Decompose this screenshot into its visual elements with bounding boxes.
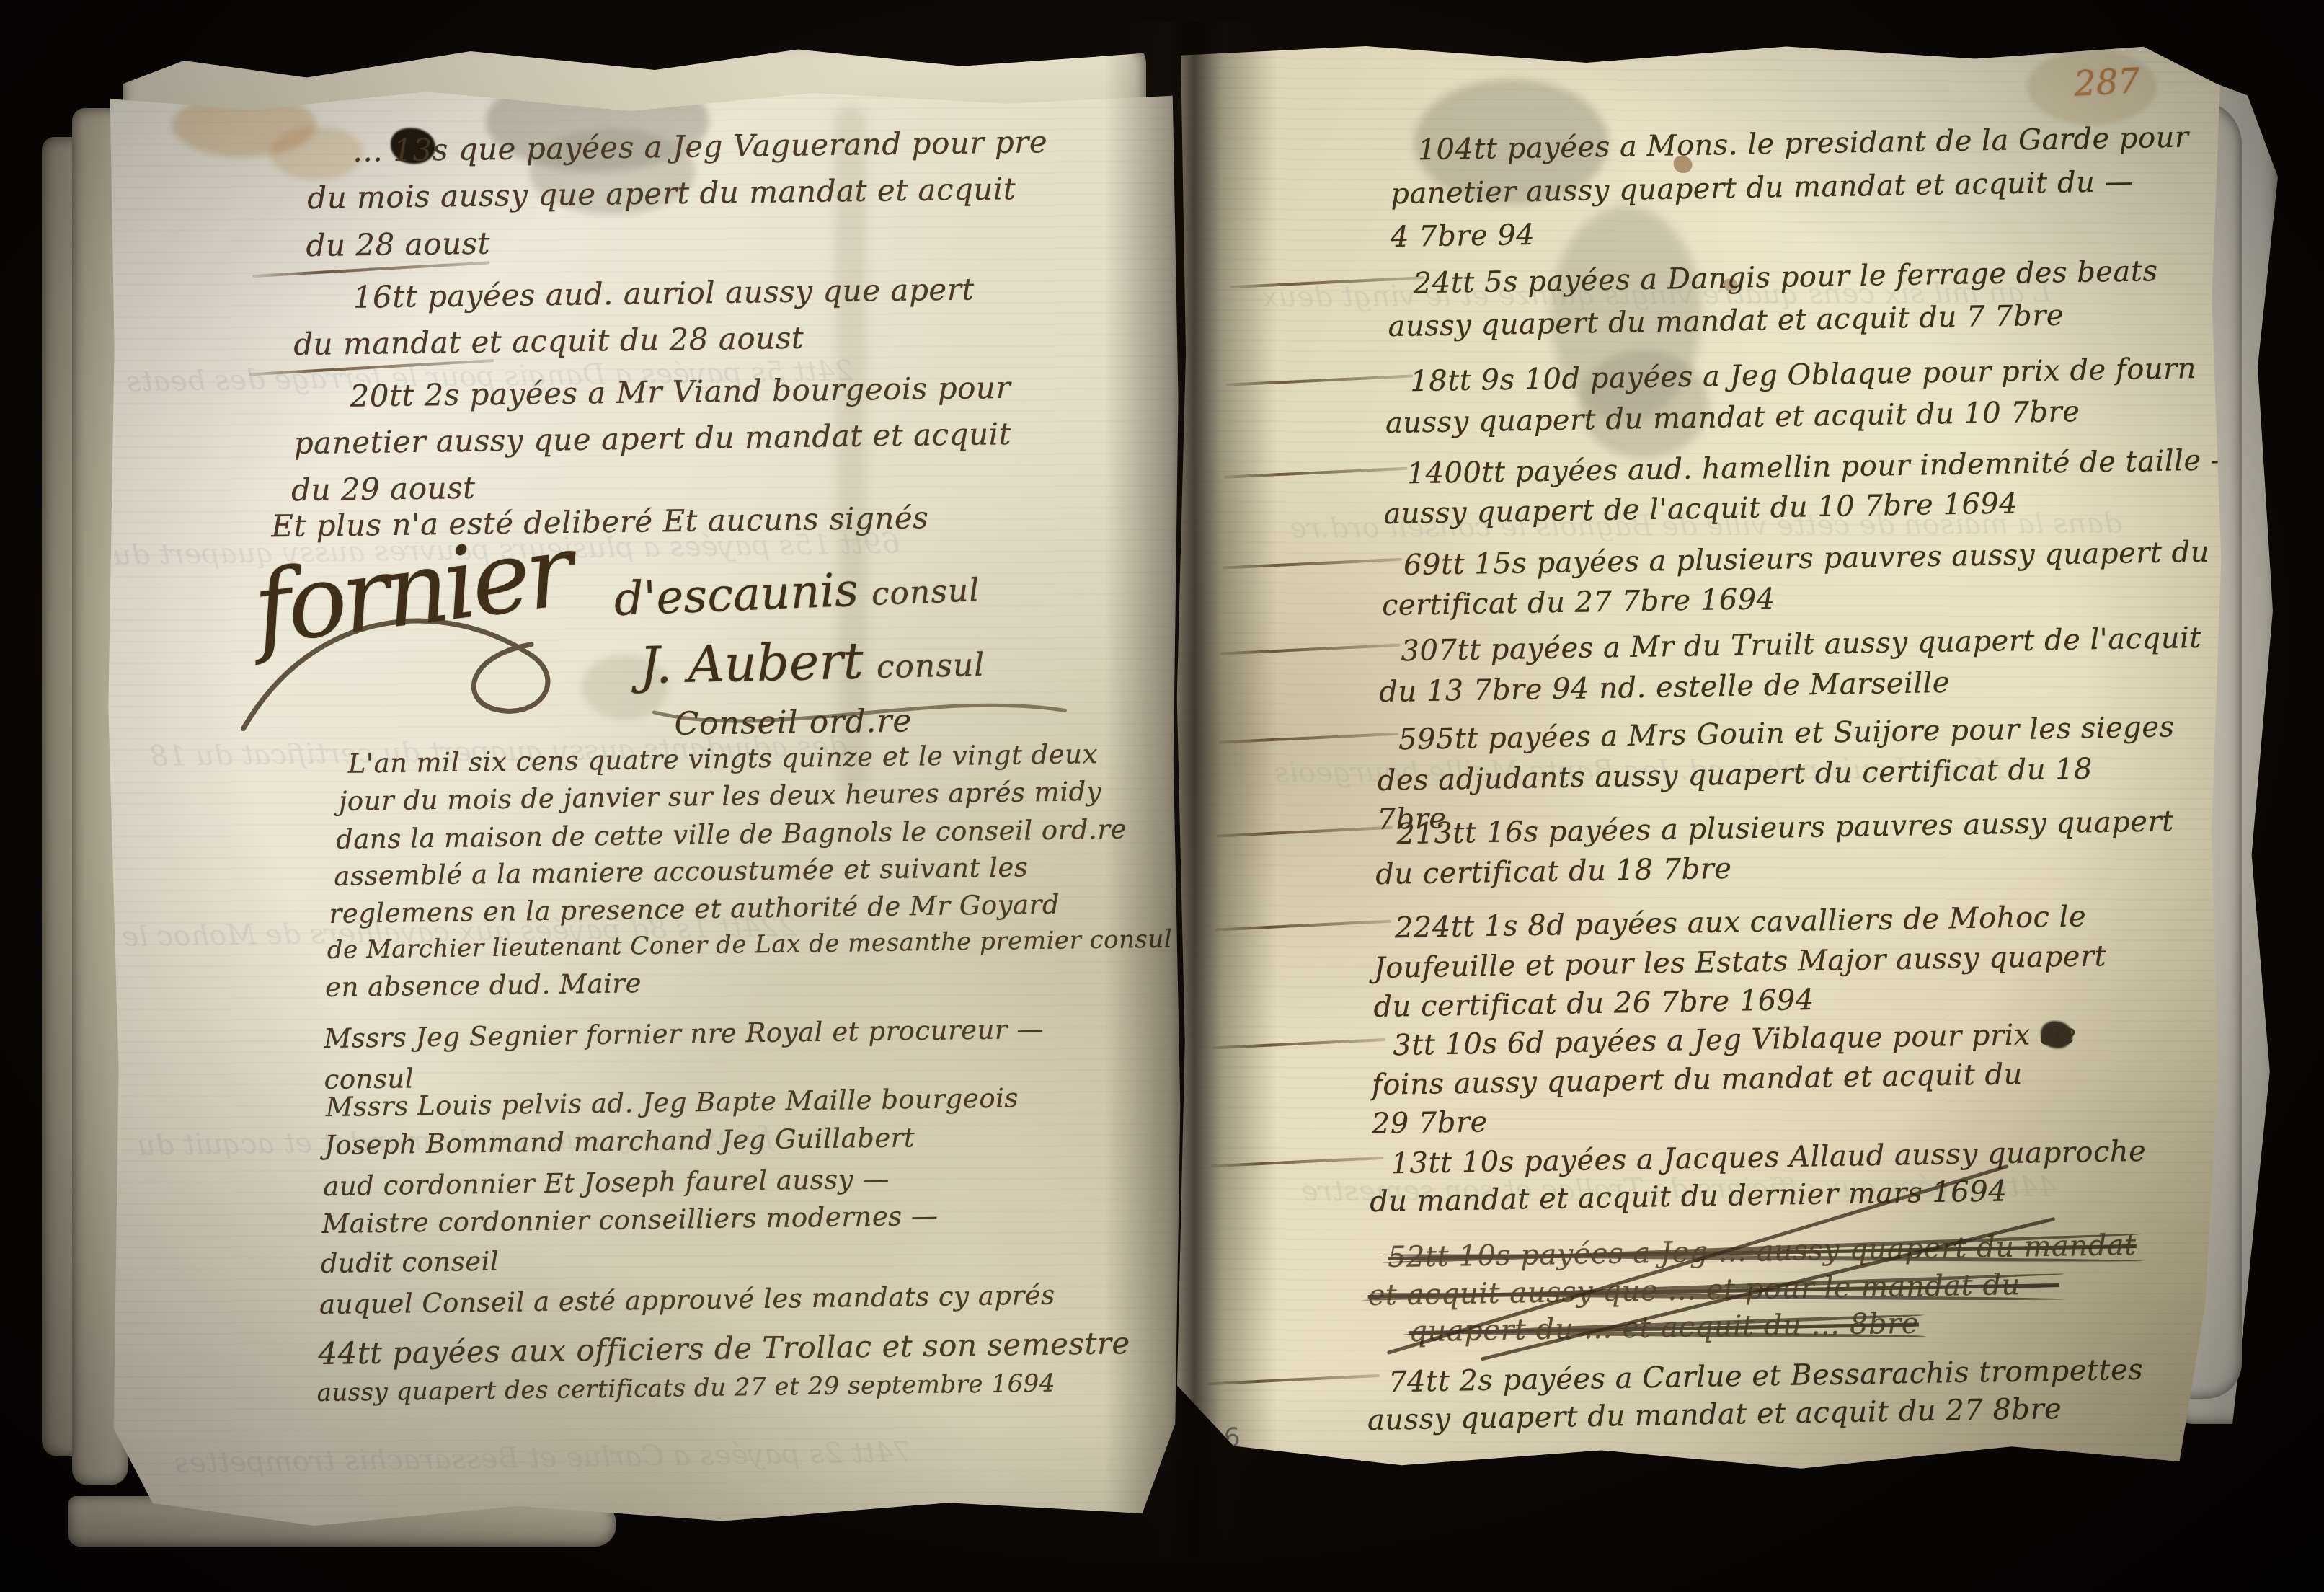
- struck-manuscript-line: et acquit aussy que … et pour le mandat …: [1367, 1268, 2059, 1312]
- entry-separator-line: [1225, 374, 1413, 386]
- manuscript-line: 224tt 1s 8d payées aux cavalliers de Moh…: [1395, 900, 2087, 945]
- manuscript-line: du certificat du 26 7bre 1694: [1373, 983, 1814, 1024]
- rust-stain: [270, 126, 363, 181]
- manuscript-line: 595tt payées a Mrs Gouin et Suijore pour…: [1398, 710, 2175, 756]
- manuscript-line: panetier aussy que apert du mandat et ac…: [293, 416, 1011, 461]
- manuscript-line: 213tt 16s payées a plusieurs pauvres aus…: [1396, 805, 2174, 851]
- manuscript-line: 1400tt payées aud. hamellin pour indemni…: [1406, 443, 2240, 490]
- manuscript-line: 104tt payées a Mons. le presidant de la …: [1417, 121, 2189, 167]
- signature-title: consul: [871, 572, 980, 613]
- signature-title: consul: [876, 647, 985, 686]
- manuscript-line: panetier aussy quapert du mandat et acqu…: [1391, 165, 2134, 211]
- signature-name: J. Aubert: [639, 631, 864, 695]
- entry-separator-line: [1217, 826, 1393, 838]
- manuscript-line: aussy quapert du mandat et acquit du 10 …: [1385, 395, 2080, 440]
- manuscript-line: 16tt payées aud. auriol aussy que apert: [353, 271, 975, 314]
- manuscript-line: reglemens en la presence et authorité de…: [329, 889, 1060, 929]
- manuscript-line: Mssrs Louis pelvis ad. Jeg Bapte Maille …: [326, 1082, 1019, 1123]
- manuscript-line: 74tt 2s payées a Carlue et Bessarachis t…: [1388, 1353, 2144, 1399]
- page-heading: Conseil ord.re: [674, 703, 913, 743]
- manuscript-line: 29 7bre: [1371, 1105, 1488, 1141]
- manuscript-line: auquel Conseil a esté approuvé les manda…: [319, 1280, 1055, 1320]
- signature-aubert: J. Aubertconsul: [639, 629, 985, 695]
- entry-separator-line: [1207, 1374, 1380, 1386]
- manuscript-photo: 24tt 5s payées a Dangis pour le ferrage …: [0, 0, 2324, 1592]
- entry-separator-line: [1215, 920, 1391, 932]
- manuscript-line: du certificat du 18 7bre: [1375, 852, 1732, 891]
- manuscript-line: jour du mois de janvier sur les deux heu…: [339, 776, 1102, 817]
- manuscript-line: du 13 7bre 94 nd. estelle de Marseille: [1379, 666, 1950, 709]
- ghost-text-line: 74tt 2s payées a Carlue et Bessarachis t…: [174, 1436, 912, 1480]
- manuscript-line: Mssrs Jeg Segnier fornier nre Royal et p…: [324, 1014, 1044, 1054]
- manuscript-line: … 13s que payées a Jeg Vaguerand pour pr…: [352, 124, 1048, 169]
- manuscript-line: en absence dud. Maire: [325, 968, 642, 1003]
- manuscript-line: aud cordonnier Et Joseph faurel aussy —: [323, 1164, 890, 1202]
- entry-separator-line: [1211, 1157, 1384, 1168]
- signature-descaunis: d'escaunisconsul: [613, 559, 980, 627]
- manuscript-line: certificat du 27 7bre 1694: [1382, 583, 1775, 622]
- entry-separator-line: [1218, 733, 1398, 744]
- manuscript-line: 18tt 9s 10d payées a Jeg Oblaque pour pr…: [1410, 352, 2196, 398]
- manuscript-line: foins aussy quapert du mandat et acquit …: [1372, 1058, 2023, 1102]
- struck-manuscript-line: 52tt 10s payées a Jeg … aussy quapert du…: [1388, 1229, 2137, 1274]
- left-page: 24tt 5s payées a Dangis pour le ferrage …: [104, 83, 1186, 1529]
- manuscript-line: 3tt 10s 6d payées a Jeg Viblaque pour pr…: [1393, 1017, 2077, 1062]
- entry-separator-line: [1224, 467, 1408, 479]
- manuscript-line: 307tt payées a Mr du Truilt aussy quaper…: [1401, 622, 2201, 668]
- manuscript-line: du mois aussy que apert du mandat et acq…: [307, 171, 1016, 216]
- right-page: L'an mil six cens quatre vingts quinze e…: [1171, 38, 2228, 1476]
- manuscript-line: assemblé a la maniere accoustumée et sui…: [334, 852, 1028, 892]
- manuscript-line: Maistre cordonnier conseilliers modernes…: [321, 1200, 938, 1239]
- manuscript-line: Joufeuille et pour les Estats Major auss…: [1373, 939, 2106, 985]
- entry-separator-line: [1220, 644, 1401, 655]
- manuscript-line: 4 7bre 94: [1391, 218, 1535, 254]
- folio-number-pencil: 986: [1186, 1423, 1243, 1455]
- manuscript-line: aussy quapert du mandat et acquit du 27 …: [1367, 1392, 2062, 1437]
- signature-name: d'escaunis: [613, 564, 859, 627]
- manuscript-line: aussy quapert des certificats du 27 et 2…: [316, 1369, 1055, 1407]
- folio-number-ink: 287: [2073, 61, 2141, 104]
- manuscript-line: du mandat et acquit du 28 aoust: [293, 320, 804, 362]
- manuscript-line: 44tt payées aux officiers de Trollac et …: [318, 1325, 1130, 1371]
- entry-separator-line: [1222, 558, 1402, 570]
- entry-separator-line: [252, 261, 490, 278]
- manuscript-line: du 28 aoust: [306, 226, 490, 263]
- struck-entry: 52tt 10s payées a Jeg … aussy quapert du…: [1176, 38, 2227, 43]
- manuscript-line: du 29 aoust: [291, 470, 476, 508]
- entry-separator-line: [1212, 1038, 1385, 1050]
- manuscript-line: dans la maison de cette ville de Bagnols…: [336, 814, 1127, 855]
- manuscript-line: dudit conseil: [320, 1246, 499, 1279]
